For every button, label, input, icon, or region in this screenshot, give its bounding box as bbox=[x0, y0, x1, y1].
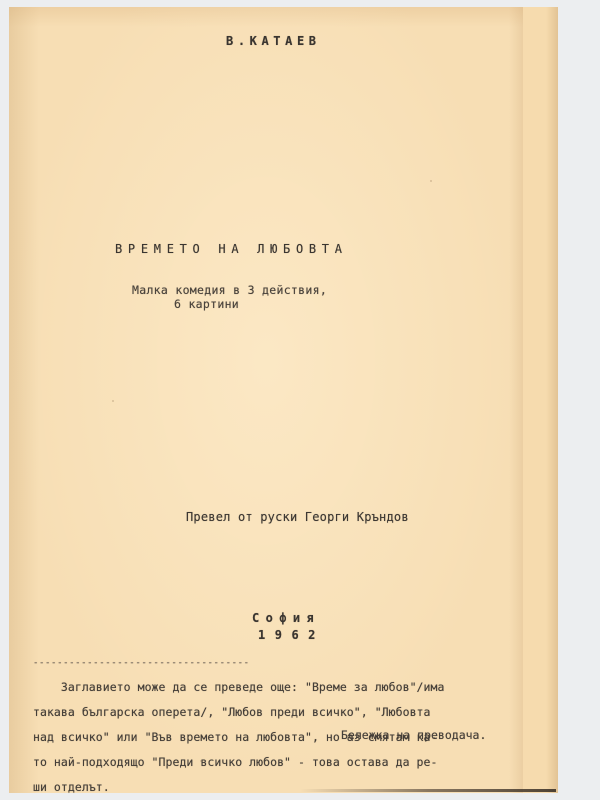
translator-credit: Превел от руски Георги Кръндов bbox=[186, 510, 409, 524]
page-edge bbox=[523, 7, 558, 793]
footnote-line: Заглавието може да се преведе още: "Врем… bbox=[33, 681, 444, 693]
play-subtitle: Малка комедия в 3 действия,6 картини bbox=[132, 283, 327, 311]
publication-year: 1962 bbox=[258, 628, 325, 642]
footnote-rule: ------------------------------------ bbox=[33, 658, 250, 668]
paper-speck bbox=[112, 400, 114, 402]
footnote-line: такава българска оперета/, "Любов преди … bbox=[33, 706, 444, 718]
footnote-line: ши отделът. bbox=[33, 781, 444, 793]
author-name: В.КАТАЕВ bbox=[226, 34, 321, 48]
subtitle-line-2: 6 картини bbox=[132, 297, 327, 311]
paper-speck bbox=[430, 180, 432, 182]
footnote-signature: Бележка на преводача. bbox=[341, 728, 486, 742]
subtitle-line-1: Малка комедия в 3 действия, bbox=[132, 283, 327, 297]
footnote-line: то най-подходящо "Преди всичко любов" - … bbox=[33, 756, 444, 768]
publication-city: София bbox=[252, 611, 320, 625]
play-title: ВРЕМЕТО НА ЛЮБОВТА bbox=[115, 242, 348, 256]
